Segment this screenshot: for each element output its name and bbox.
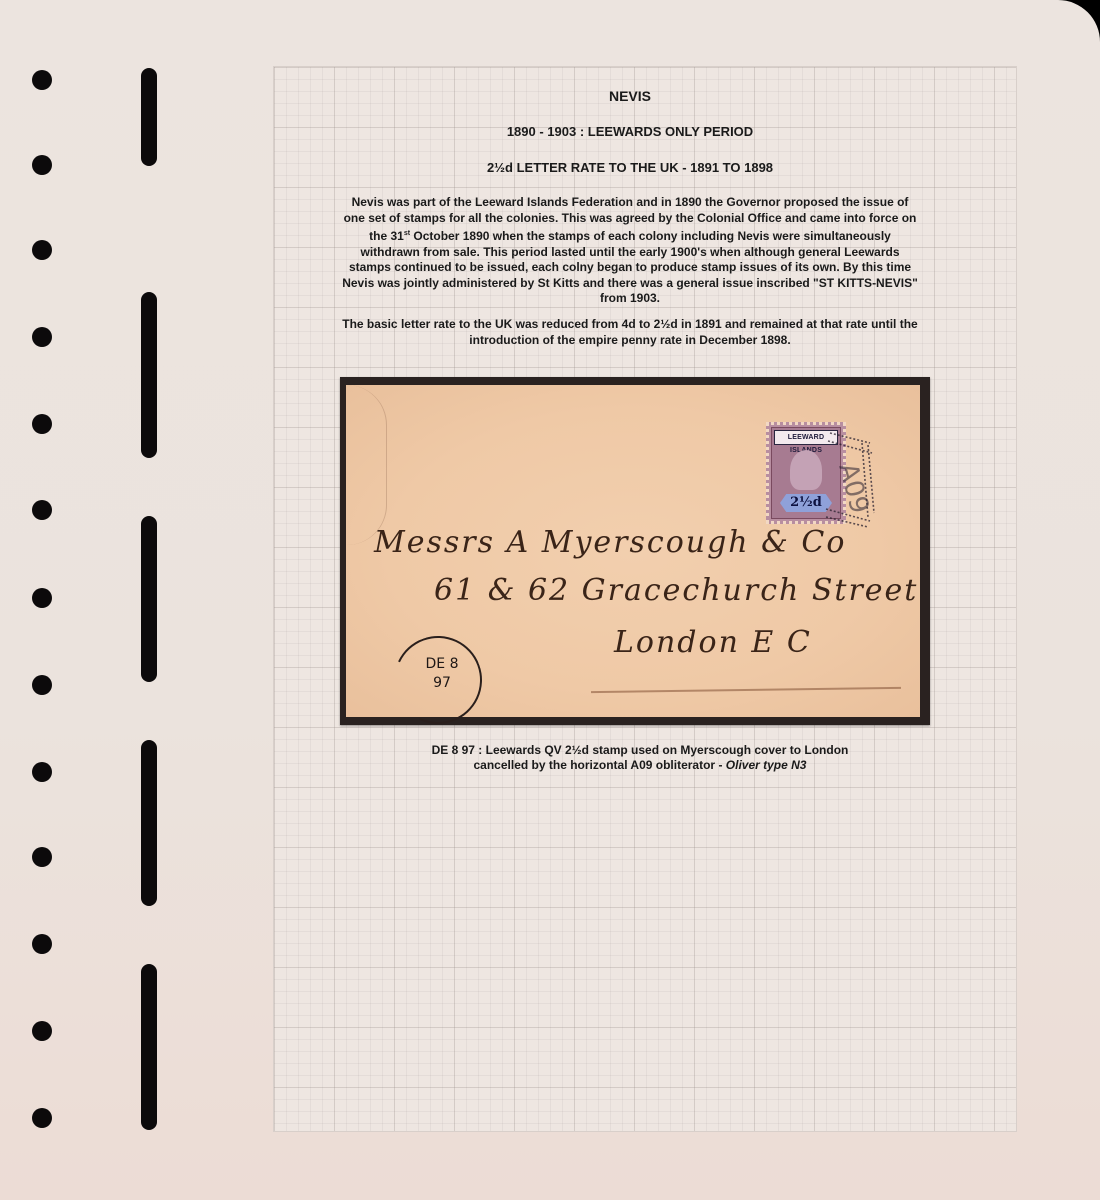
cover-mount: LEEWARD ISLANDS 2½d A09 Messrs A Myersco… — [340, 377, 930, 725]
binder-hole — [32, 934, 52, 954]
binder-hole — [32, 675, 52, 695]
binder-hole — [32, 70, 52, 90]
binder-hole — [32, 1021, 52, 1041]
intro-paragraph: Nevis was part of the Leeward Islands Fe… — [340, 195, 920, 307]
binder-slot — [141, 68, 157, 166]
address-line-3: London E C — [614, 625, 812, 660]
page-subtitle: 1890 - 1903 : LEEWARDS ONLY PERIOD — [340, 124, 920, 139]
address-underline — [591, 687, 901, 693]
binder-hole — [32, 1108, 52, 1128]
binder-slot — [141, 964, 157, 1130]
binder-slot — [141, 292, 157, 458]
page-title: NEVIS — [340, 88, 920, 104]
binder-hole — [32, 500, 52, 520]
intro-text-part2: October 1890 when the stamps of each col… — [342, 229, 918, 305]
address-line-2: 61 & 62 Gracechurch Street — [434, 573, 918, 608]
binder-hole — [32, 588, 52, 608]
page-heading: 2½d LETTER RATE TO THE UK - 1891 TO 1898 — [340, 160, 920, 175]
obliterator-cancel-icon: A09 — [824, 425, 878, 535]
queen-portrait-icon — [790, 450, 822, 490]
address-line-1: Messrs A Myerscough & Co — [374, 525, 846, 560]
caption-reference: Oliver type N3 — [726, 758, 807, 772]
caption-line-2-text: cancelled by the horizontal A09 oblitera… — [474, 758, 726, 772]
binder-hole — [32, 240, 52, 260]
binder-hole — [32, 414, 52, 434]
binder-hole — [32, 327, 52, 347]
binder-slot — [141, 740, 157, 906]
album-page: NEVIS 1890 - 1903 : LEEWARDS ONLY PERIOD… — [0, 0, 1100, 1200]
binder-hole — [32, 847, 52, 867]
caption-line-1: DE 8 97 : Leewards QV 2½d stamp used on … — [370, 743, 910, 758]
binder-hole — [32, 155, 52, 175]
postmark-text: DE 8 97 — [412, 655, 472, 693]
postmark-year: 97 — [412, 674, 472, 693]
postmark-date: DE 8 — [412, 655, 472, 674]
postal-cover: LEEWARD ISLANDS 2½d A09 Messrs A Myersco… — [346, 385, 920, 717]
cover-caption: DE 8 97 : Leewards QV 2½d stamp used on … — [370, 743, 910, 773]
svg-text:A09: A09 — [832, 460, 874, 517]
rate-paragraph: The basic letter rate to the UK was redu… — [340, 317, 920, 348]
caption-line-2: cancelled by the horizontal A09 oblitera… — [370, 758, 910, 773]
cover-fold-mark — [346, 385, 387, 545]
binder-slot — [141, 516, 157, 682]
binder-hole — [32, 762, 52, 782]
